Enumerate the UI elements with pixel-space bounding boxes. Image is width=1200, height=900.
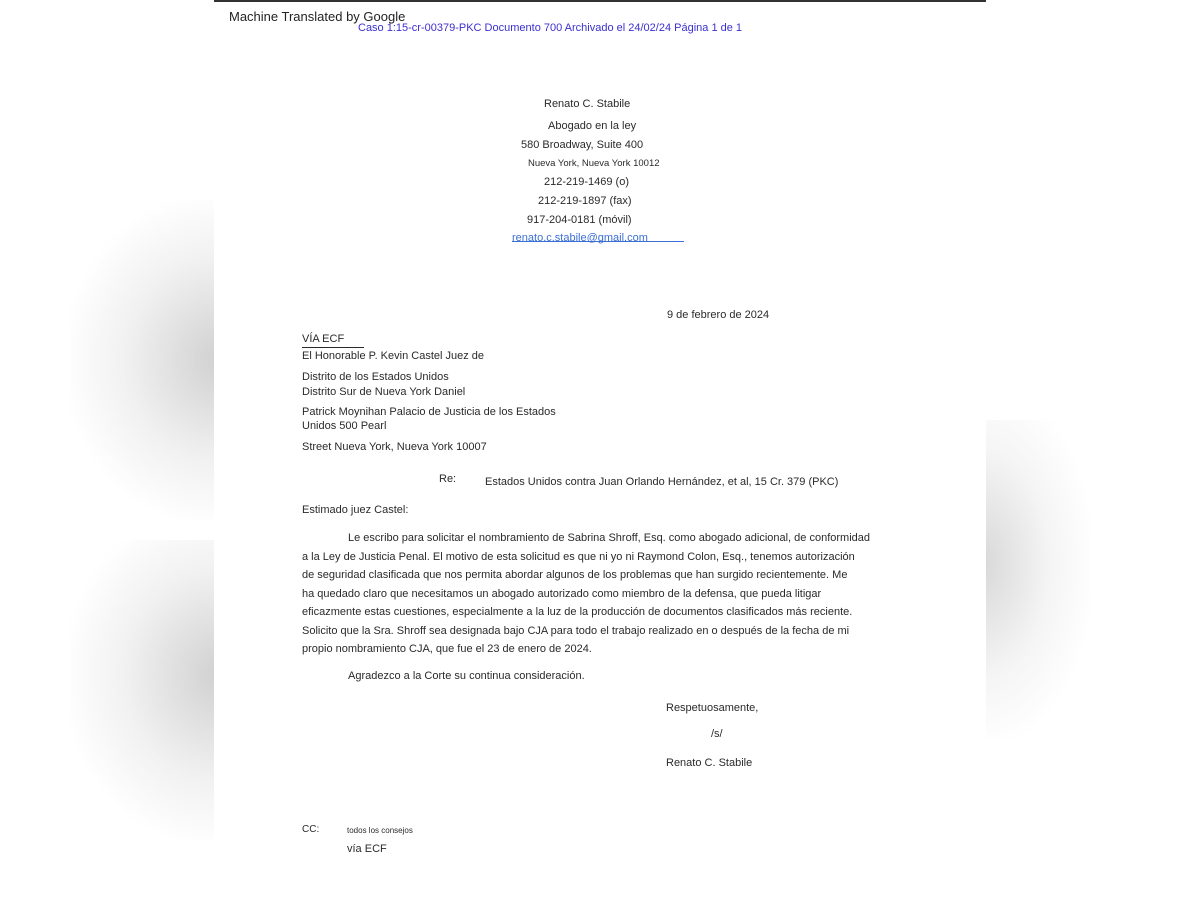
body-line: de seguridad clasificada que nos permita… <box>302 566 902 585</box>
body-line: ha quedado claro que necesitamos un abog… <box>302 585 902 604</box>
via-ecf-label: VÍA ECF <box>302 333 344 345</box>
page-shadow-left <box>70 200 220 520</box>
letterhead-name: Renato C. Stabile <box>544 98 630 110</box>
via-ecf-underline <box>302 347 364 348</box>
body-line: a la Ley de Justicia Penal. El motivo de… <box>302 548 902 567</box>
salutation: Estimado juez Castel: <box>302 504 408 516</box>
cc-recipients: todos los consejos <box>347 826 413 835</box>
body-line: propio nombramiento CJA, que fue el 23 d… <box>302 640 902 659</box>
body-paragraph-2: Agradezco a la Corte su continua conside… <box>348 670 585 682</box>
body-line: Le escribo para solicitar el nombramient… <box>302 529 902 548</box>
recipient-line-3: Distrito Sur de Nueva York Daniel <box>302 386 465 398</box>
cc-via: vía ECF <box>347 843 387 855</box>
body-line: Solicito que la Sra. Shroff sea designad… <box>302 622 902 641</box>
letterhead-title: Abogado en la ley <box>548 120 636 132</box>
page-shadow-left-lower <box>70 540 220 840</box>
letterhead-phone-office: 212-219-1469 (o) <box>544 176 629 188</box>
closing-name: Renato C. Stabile <box>666 757 752 769</box>
cc-label: CC: <box>302 824 319 835</box>
document-page: Machine Translated by Google Caso 1:15-c… <box>214 0 986 900</box>
letterhead-email-link[interactable]: renato.c.stabile@gmail.com <box>512 232 648 244</box>
body-paragraph-1: Le escribo para solicitar el nombramient… <box>302 529 902 659</box>
recipient-line-6: Street Nueva York, Nueva York 10007 <box>302 441 487 453</box>
letterhead-phone-mobile: 917-204-0181 (móvil) <box>527 214 632 226</box>
letterhead-address-1: 580 Broadway, Suite 400 <box>521 139 643 151</box>
recipient-line-5: Unidos 500 Pearl <box>302 420 386 432</box>
recipient-line-4: Patrick Moynihan Palacio de Justicia de … <box>302 406 556 418</box>
email-underline <box>512 241 684 242</box>
letterhead-phone-fax: 212-219-1897 (fax) <box>538 195 632 207</box>
letter-date: 9 de febrero de 2024 <box>667 309 769 321</box>
recipient-line-2: Distrito de los Estados Unidos <box>302 371 449 383</box>
closing-signature: /s/ <box>711 728 723 740</box>
re-subject: Estados Unidos contra Juan Orlando Herná… <box>485 476 838 488</box>
case-header-line: Caso 1:15-cr-00379-PKC Documento 700 Arc… <box>358 22 742 34</box>
page-shadow-right <box>980 420 1090 740</box>
letterhead-address-2: Nueva York, Nueva York 10012 <box>528 158 660 169</box>
recipient-line-1: El Honorable P. Kevin Castel Juez de <box>302 350 484 362</box>
closing-valediction: Respetuosamente, <box>666 702 758 714</box>
body-line: eficazmente estas cuestiones, especialme… <box>302 603 902 622</box>
re-label: Re: <box>439 473 456 485</box>
